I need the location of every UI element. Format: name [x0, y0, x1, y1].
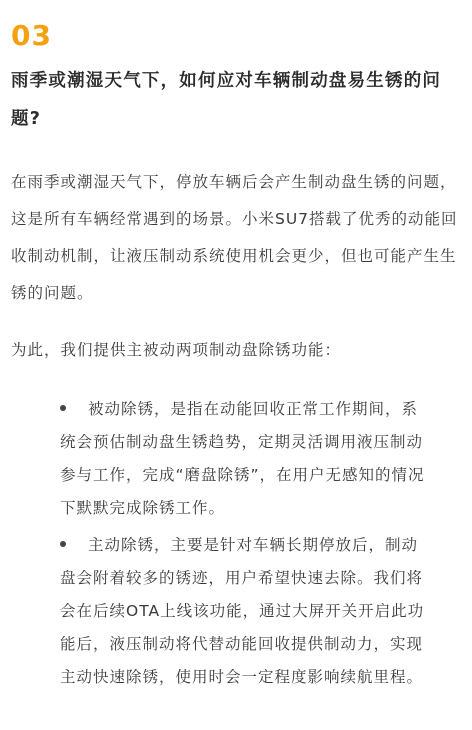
feature-lead-paragraph: 为此，我们提供主被动两项制动盘除锈功能：: [11, 332, 461, 369]
intro-paragraph: 在雨季或潮湿天气下，停放车辆后会产生制动盘生锈的问题，这是所有车辆经常遇到的场景…: [11, 164, 461, 312]
list-item-text: 主动除锈，主要是针对车辆长期停放后，制动盘会附着较多的锈迹，用户希望快速去除。我…: [60, 536, 424, 686]
section-title: 雨季或潮湿天气下，如何应对车辆制动盘易生锈的问题?: [11, 62, 463, 138]
list-item-text: 被动除锈，是指在动能回收正常工作期间，系统会预估制动盘生锈趋势，定期灵活调用液压…: [60, 400, 425, 517]
bullet-dot-icon: [60, 541, 66, 547]
derust-feature-list: 被动除锈，是指在动能回收正常工作期间，系统会预估制动盘生锈趋势，定期灵活调用液压…: [60, 393, 432, 698]
list-item-passive-derust: 被动除锈，是指在动能回收正常工作期间，系统会预估制动盘生锈趋势，定期灵活调用液压…: [60, 393, 432, 525]
section-number: 03: [11, 18, 52, 54]
bullet-dot-icon: [60, 405, 66, 411]
list-item-active-derust: 主动除锈，主要是针对车辆长期停放后，制动盘会附着较多的锈迹，用户希望快速去除。我…: [60, 529, 432, 694]
